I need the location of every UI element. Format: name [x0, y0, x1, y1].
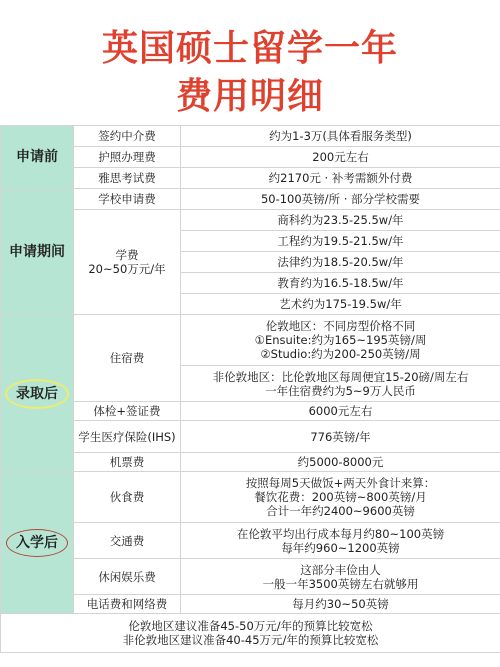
- table-row: 申请期间 学校申请费 50-100英镑/所 · 部分学校需要: [1, 189, 500, 210]
- detail-cell: 约2170元 · 补考需额外付费: [181, 168, 500, 189]
- detail-cell: 法律约为18.5-20.5w/年: [181, 252, 500, 273]
- detail-line: 非伦敦地区：比伦敦地区每周便宜15-20磅/周左右: [185, 370, 496, 384]
- table-row: 入学后 伙食费 按照每周5天做饭+两天外食计来算： 餐饮花费：200英镑~800…: [1, 472, 500, 523]
- title-block: 英国硕士留学一年 费用明细: [0, 0, 500, 124]
- fee-table: 申请前 签约中介费 约为1-3万(具体看服务类型) 护照办理费 200元左右 雅…: [0, 125, 500, 653]
- detail-cell: 每月约30~50英镑: [181, 595, 500, 614]
- table-row: 录取后 住宿费 伦敦地区：不同房型价格不同 ①Ensuite:约为165~195…: [1, 315, 500, 366]
- table-row: 机票费 约5000-8000元: [1, 453, 500, 472]
- budget-summary: 伦敦地区建议准备45-50万元/年的预算比较宽松 非伦敦地区建议准备40-45万…: [1, 614, 500, 653]
- item-cell: 机票费: [74, 453, 181, 472]
- budget-london: 伦敦地区建议准备45-50万元/年的预算比较宽松: [5, 619, 496, 633]
- detail-cell: 工程约为19.5-21.5w/年: [181, 231, 500, 252]
- table-row: 学生医疗保险(IHS) 776英镑/年: [1, 421, 500, 453]
- item-cell: 学生医疗保险(IHS): [74, 421, 181, 453]
- item-cell: 伙食费: [74, 472, 181, 523]
- detail-line: 这部分丰俭由人: [185, 563, 496, 577]
- stage-label-during-application: 申请期间: [1, 189, 74, 315]
- detail-cell: 6000元左右: [181, 402, 500, 421]
- table-row: 电话费和网络费 每月约30~50英镑: [1, 595, 500, 614]
- stage-label-after-admission: 录取后: [1, 315, 74, 472]
- item-cell: 交通费: [74, 523, 181, 559]
- page-title: 英国硕士留学一年: [0, 20, 500, 71]
- item-cell: 学校申请费: [74, 189, 181, 210]
- item-cell: 体检+签证费: [74, 402, 181, 421]
- table-row: 护照办理费 200元左右: [1, 147, 500, 168]
- tuition-range: 20~50万元/年: [78, 262, 176, 276]
- detail-line: ②Studio:约为200-250英镑/周: [185, 347, 496, 361]
- table-row: 交通费 在伦敦平均出行成本每月约80~100英镑 每年约960~1200英镑: [1, 523, 500, 559]
- table-row: 雅思考试费 约2170元 · 补考需额外付费: [1, 168, 500, 189]
- detail-line: 按照每周5天做饭+两天外食计来算：: [185, 476, 496, 490]
- detail-line: 在伦敦平均出行成本每月约80~100英镑: [185, 527, 496, 541]
- detail-line: 每年约960~1200英镑: [185, 541, 496, 555]
- detail-cell: 在伦敦平均出行成本每月约80~100英镑 每年约960~1200英镑: [181, 523, 500, 559]
- housing-item-cell: 住宿费: [74, 315, 181, 402]
- detail-line: 餐饮花费：200英镑~800英镑/月: [185, 490, 496, 504]
- detail-cell: 约为1-3万(具体看服务类型): [181, 126, 500, 147]
- tuition-item-cell: 学费 20~50万元/年: [74, 210, 181, 315]
- detail-cell: 按照每周5天做饭+两天外食计来算： 餐饮花费：200英镑~800英镑/月 合计一…: [181, 472, 500, 523]
- table-row: 申请前 签约中介费 约为1-3万(具体看服务类型): [1, 126, 500, 147]
- detail-cell: 50-100英镑/所 · 部分学校需要: [181, 189, 500, 210]
- detail-line: 一年住宿费约为5~9万人民币: [185, 384, 496, 398]
- detail-cell: 这部分丰俭由人 一般一年3500英镑左右就够用: [181, 559, 500, 595]
- table-row: 体检+签证费 6000元左右: [1, 402, 500, 421]
- detail-line: ①Ensuite:约为165~195英镑/周: [185, 333, 496, 347]
- budget-non-london: 非伦敦地区建议准备40-45万元/年的预算比较宽松: [5, 633, 496, 647]
- detail-cell: 200元左右: [181, 147, 500, 168]
- detail-cell: 教育约为16.5-18.5w/年: [181, 273, 500, 294]
- tuition-label: 学费: [78, 248, 176, 262]
- yellow-highlight-circle: 录取后: [5, 379, 69, 409]
- housing-non-london-cell: 非伦敦地区：比伦敦地区每周便宜15-20磅/周左右 一年住宿费约为5~9万人民币: [181, 366, 500, 402]
- detail-line: 伦敦地区：不同房型价格不同: [185, 319, 496, 333]
- footer-row: 伦敦地区建议准备45-50万元/年的预算比较宽松 非伦敦地区建议准备40-45万…: [1, 614, 500, 653]
- item-cell: 电话费和网络费: [74, 595, 181, 614]
- table-row: 休闲娱乐费 这部分丰俭由人 一般一年3500英镑左右就够用: [1, 559, 500, 595]
- page-subtitle: 费用明细: [0, 68, 500, 119]
- housing-london-cell: 伦敦地区：不同房型价格不同 ①Ensuite:约为165~195英镑/周 ②St…: [181, 315, 500, 366]
- item-cell: 签约中介费: [74, 126, 181, 147]
- detail-cell: 商科约为23.5-25.5w/年: [181, 210, 500, 231]
- detail-cell: 约5000-8000元: [181, 453, 500, 472]
- red-highlight-circle: 入学后: [6, 529, 68, 557]
- stage-label-before-application: 申请前: [1, 126, 74, 189]
- detail-cell: 776英镑/年: [181, 421, 500, 453]
- detail-line: 合计一年约2400~9600英镑: [185, 504, 496, 518]
- item-cell: 雅思考试费: [74, 168, 181, 189]
- item-cell: 护照办理费: [74, 147, 181, 168]
- stage-label-after-enrollment: 入学后: [1, 472, 74, 614]
- detail-line: 一般一年3500英镑左右就够用: [185, 577, 496, 591]
- detail-cell: 艺术约为175-19.5w/年: [181, 294, 500, 315]
- item-cell: 休闲娱乐费: [74, 559, 181, 595]
- table-row: 学费 20~50万元/年 商科约为23.5-25.5w/年: [1, 210, 500, 231]
